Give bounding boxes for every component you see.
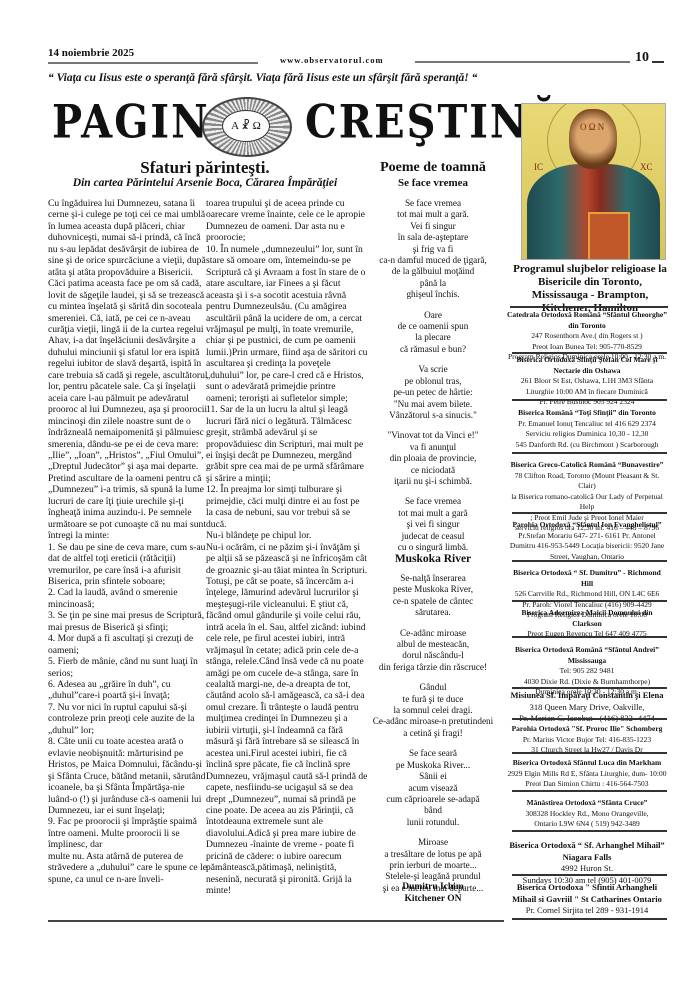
church-name: Biserica Ortodoxă “ Sf. Arhanghel Mihail… <box>509 840 664 862</box>
divider <box>512 752 667 754</box>
poem-stanza: Se face searăpe Muskoka River...Sânii ei… <box>362 748 504 828</box>
newspaper-page: 14 noiembrie 2025 www.observatorul.com 1… <box>0 0 700 993</box>
poem-muskoka-river: Se-nalţă înserareapeste Muskoka River,ce… <box>362 573 504 903</box>
church-detail: Ontario L9W 6N4 ( 519) 942-3489 <box>507 819 667 830</box>
church-name: Biserica Ortodoxă Română “Sfântul Andrei… <box>515 645 659 665</box>
divider <box>510 306 668 308</box>
divider <box>512 718 667 720</box>
header-rule-right <box>415 61 630 63</box>
church-name: Biserica Română “Toţi Sfinţii” din Toron… <box>518 408 656 417</box>
poem-line: peste Muskoka River, <box>362 584 504 595</box>
poem-line: din ploaia de provincie, <box>362 453 504 464</box>
page-number: 10 <box>635 50 649 66</box>
poem-line: lunii rotundul. <box>362 817 504 828</box>
church-name: Misiunea Sf. Împăraţi Constantin şi Elen… <box>510 690 663 700</box>
poem-line: a tresăltare de lotus pe apă <box>362 849 504 860</box>
poem-line: şi frig va fi <box>362 244 504 255</box>
list-item: 7. Nu vor nici în ruptul capului să-şi c… <box>48 702 208 736</box>
poem-line: Gândul <box>362 682 504 693</box>
list-item: 5. Fierb de mânie, când nu sunt luaţi în… <box>48 656 208 679</box>
poem-title: Se face vremea <box>362 177 504 189</box>
poem-line: cum căprioarele se-adapă <box>362 794 504 805</box>
author-name: Dumitru Ichim <box>362 882 504 894</box>
poem-stanza: Gândulte fură şi te ducela somnul celei … <box>362 682 504 739</box>
paragraph: Nu-i blândeţe pe chipul lor. <box>206 530 368 541</box>
church-detail: Pr. Marius Victor Bujor Tel: 416-835-122… <box>507 735 667 746</box>
church-detail: Tel: 905 282 9481 <box>507 666 667 677</box>
paragraph: Nu-i ocărâm, ci ne păzim şi-i învăţăm şi… <box>206 542 368 576</box>
church-detail: 526 Carrville Rd., Richmond Hill, ON L4C… <box>507 589 667 600</box>
page-number-dash <box>652 61 664 63</box>
poem-line: acum visează <box>362 783 504 794</box>
church-entry: Parohia Ortodoxă "Sf. Proroc Ilie" Schom… <box>507 724 667 756</box>
poem-se-face-vremea: Se face vremeatot mai mult a gară.Vei fi… <box>362 198 504 562</box>
poem-line: "Nu mai avem bilete. <box>362 399 504 410</box>
list-item: 9. Fac pe proorocii şi împrăştie spaimă … <box>48 816 208 850</box>
divider <box>512 636 667 638</box>
poem-line: cu o singură limbă. <box>362 542 504 553</box>
article-column-1: Cu îngăduirea lui Dumnezeu, satana îi ce… <box>48 198 208 885</box>
poem-line: Vei fi singur <box>362 221 504 232</box>
church-name: Biserica Ortodoxă Sfinţii Ştefan Cel Mar… <box>516 355 657 375</box>
poem-line: Se face vremea <box>362 496 504 507</box>
divider <box>512 560 667 562</box>
poem-line: până la <box>362 278 504 289</box>
list-item: 11. Sar de la un lucru la altul şi leagă… <box>206 404 368 484</box>
masthead: PAGINA A ☧ Ω CREŞTINĂ <box>50 95 500 145</box>
church-detail: Pr. Cornel Sirjita tel 289 - 931-1914 <box>507 905 667 917</box>
divider <box>512 830 667 832</box>
church-detail: Preot Ioan Bunea Tel: 905-770-8529 <box>507 342 667 353</box>
poem-line: la plecare <box>362 332 504 343</box>
list-item: 2. Cad la laudă, având o smerenie mincin… <box>48 587 208 610</box>
christ-pantocrator-icon-image: Ο Ω Ν IC XC <box>521 103 666 260</box>
poem-line: Ce-adânc miroase-n pretutindeni <box>362 716 504 727</box>
church-detail: Serviciu religios Duminica 10,30 - 12,30 <box>507 429 667 440</box>
church-name: Parohia Ortodoxă “Sfântul Ion Evanghelis… <box>512 520 661 529</box>
poem-line: Vânzătorul s-a sinucis." <box>362 410 504 421</box>
poem-line: albul de mesteacăn, <box>362 639 504 650</box>
poem-line: iţarii nu şi-i schimbă. <box>362 476 504 487</box>
poem-title: Muskoka River <box>362 553 504 565</box>
poem-stanza: Ce-adânc miroasealbul de mesteacăn,dorul… <box>362 628 504 674</box>
church-detail: 308328 Hockley Rd., Mono Orangeville, <box>507 809 667 820</box>
poem-line: pe-un petec de hârtie: <box>362 387 504 398</box>
header-quote: “ Viaţa cu Iisus este o speranţă fără sf… <box>48 72 477 84</box>
poem-line: tot mai mult a gară <box>362 508 504 519</box>
paragraph: Totuşi, pe cât se poate, să încercăm a-i… <box>206 576 368 897</box>
poem-line: Sânii ei <box>362 771 504 782</box>
church-entry: Biserica Ortodoxă “ Sf. Arhanghel Mihail… <box>507 840 667 886</box>
church-entry: Parohia Ortodoxă “Sfântul Ion Evanghelis… <box>507 520 667 562</box>
paragraph: toarea trupului şi de aceea prinde cu oa… <box>206 198 368 244</box>
poem-signature: Dumitru Ichim Kitchener ON <box>362 882 504 905</box>
poem-stanza: Oarede ce oamenii spunla plecarecă rămas… <box>362 310 504 356</box>
divider <box>512 399 667 401</box>
church-name: Biserica Greco-Catolică Română “Bunavest… <box>511 460 664 469</box>
poem-line: judecat de ceasul <box>362 531 504 542</box>
poem-line: Va scrie <box>362 364 504 375</box>
list-item: 12. În preajma lor simţi tulburare şi pr… <box>206 484 368 530</box>
church-detail: 247 Rosenthorn Ave.( din Rogers st ) <box>507 331 667 342</box>
poem-line: sărutarea. <box>362 607 504 618</box>
church-name: Catedrala Ortodoxă Română “Sfântul Gheor… <box>507 310 667 330</box>
poem-line: pe Muskoka River... <box>362 760 504 771</box>
poem-line: pe oblonul tras, <box>362 376 504 387</box>
church-name: Mânăstirea Ortodoxă “Sfânta Cruce” <box>527 798 648 807</box>
poem-line: că rămasul e bun? <box>362 344 504 355</box>
poem-line: dorul născându-l <box>362 650 504 661</box>
church-detail: la Biserica romano-catolică Our Lady of … <box>507 492 667 513</box>
poem-line: ca-n damful muced de ţigară, <box>362 255 504 266</box>
icon-label-left: IC <box>534 162 543 172</box>
issue-date: 14 noiembrie 2025 <box>48 47 134 59</box>
church-name: Biserica Ortodoxă Sfântul Luca din Markh… <box>513 758 662 767</box>
chi-rho-seal-icon: A ☧ Ω <box>202 97 292 157</box>
church-detail: 2929 Elgin Mills Rd E, Sfânta Liturghie,… <box>507 769 667 780</box>
poem-line: bând <box>362 805 504 816</box>
poem-line: ghişeul închis. <box>362 289 504 300</box>
church-name: Parohia Ortodoxă "Sf. Proroc Ilie" Schom… <box>512 724 663 733</box>
church-detail: Preot Dan Simion Chirtu : 416-564-7503 <box>507 779 667 790</box>
poem-line: Se-nalţă înserarea <box>362 573 504 584</box>
divider <box>512 790 667 792</box>
church-detail: 4030 Dixie Rd. (Dixie & Burnhamthorpe) <box>507 677 667 688</box>
church-entry: Biserica Română “Toţi Sfinţii” din Toron… <box>507 408 667 450</box>
church-detail: 78 Clifton Road, Toronto (Mount Pleasant… <box>507 471 667 492</box>
divider <box>512 687 667 689</box>
poem-line: Se face vremea <box>362 198 504 209</box>
church-detail: 545 Danforth Rd. (cu Birchmont ) Scarbor… <box>507 440 667 451</box>
church-entry: Biserica Ortodoxă Sfântul Luca din Markh… <box>507 758 667 790</box>
poem-line: şi vei fi singur <box>362 519 504 530</box>
list-item: 1. Se dau pe sine de ceva mare, cum s-au… <box>48 542 208 588</box>
church-name: Biserica Ortodoxă “ Sf. Dumitru” - Richm… <box>513 568 661 588</box>
divider <box>512 452 667 454</box>
poem-line: Ce-adânc miroase <box>362 628 504 639</box>
divider <box>512 600 667 602</box>
church-detail: 4992 Huron St. <box>507 863 667 875</box>
face-shape <box>569 109 617 169</box>
poem-line: la somnul celei dragi. <box>362 705 504 716</box>
list-item: 8. Câte unii cu toate acestea arată o ev… <box>48 736 208 816</box>
icon-label-top: Ο Ω Ν <box>580 122 604 132</box>
divider <box>512 874 667 876</box>
poems-section-title: Poeme de toamnă <box>362 160 504 176</box>
poem-line: Miroase <box>362 837 504 848</box>
list-item: 10. În numele „dumnezeului” lor, sunt în… <box>206 244 368 404</box>
list-item: 4. Mor după a fi ascultaţi şi crezuţi de… <box>48 633 208 656</box>
church-detail: 261 Bloor St Est, Oshawa, L1H 3M3 Sfânta… <box>507 376 667 397</box>
article-column-2: toarea trupului şi de aceea prinde cu oa… <box>206 198 368 897</box>
church-detail: 318 Queen Mary Drive, Oakville, <box>507 702 667 714</box>
divider <box>512 512 667 514</box>
poem-line: în sala de-aşteptare <box>362 232 504 243</box>
poem-line: din feriga târzie din răscruce! <box>362 662 504 673</box>
paragraph: Cu îngăduirea lui Dumnezeu, satana îi ce… <box>48 198 208 542</box>
poem-stanza: Se face vremeatot mai mult a gară.Vei fi… <box>362 198 504 301</box>
divider <box>512 352 667 354</box>
church-entry: Biserica Ortodoxa " Sfintii Arhangheli M… <box>507 882 667 917</box>
poem-line: prin ierburi de moarte... <box>362 860 504 871</box>
poem-stanza: "Vinovat tot da Vinci e!"va fi anunţuldi… <box>362 430 504 487</box>
divider <box>512 918 667 920</box>
poem-line: a cetină şi fragi! <box>362 728 504 739</box>
poem-line: de la gălbuiul moţăind <box>362 266 504 277</box>
paragraph: multe nu. Asta atârnă de puterea de stră… <box>48 851 208 885</box>
bottom-rule <box>48 920 504 922</box>
header-rule-left <box>48 62 258 64</box>
poem-line: te fură şi te duce <box>362 694 504 705</box>
poem-line: "Vinovat tot da Vinci e!" <box>362 430 504 441</box>
poem-stanza: Se-nalţă înserareapeste Muskoka River,ce… <box>362 573 504 619</box>
article-subtitle: Din cartea Părintelui Arsenie Boca, Căra… <box>40 177 370 189</box>
church-name: Biserica Ortodoxa " Sfintii Arhangheli M… <box>512 882 662 904</box>
list-item: 3. Se ţin pe sine mai presus de Scriptur… <box>48 610 208 633</box>
poem-line: de ce oamenii spun <box>362 321 504 332</box>
church-detail: Pr.Stefan Morariu 647- 271- 6161 Pr. Ant… <box>507 531 667 563</box>
list-item: 6. Adesea au „grăire în duh”, cu „duhul”… <box>48 679 208 702</box>
poem-line: Se face seară <box>362 748 504 759</box>
author-location: Kitchener ON <box>362 894 504 906</box>
poem-line: va fi anunţul <box>362 442 504 453</box>
church-entry: Mânăstirea Ortodoxă “Sfânta Cruce”308328… <box>507 798 667 830</box>
poem-stanza: Va scriepe oblonul tras,pe-un petec de h… <box>362 364 504 421</box>
seal-text: A ☧ Ω <box>222 110 270 142</box>
poem-line: tot mai mult a gară. <box>362 209 504 220</box>
poem-line: ce niciodată <box>362 465 504 476</box>
church-detail: 31 Church Street la Hw27 / Davis Dr <box>507 745 667 756</box>
poem-stanza: Se face vremeatot mai mult a garăşi vei … <box>362 496 504 553</box>
poem-line: ce-n spatele de cântec <box>362 596 504 607</box>
church-detail: Preot Eugen Revencu Tel 647 409 4775 <box>507 629 667 640</box>
article-title: Sfaturi părinteşti. <box>40 158 370 178</box>
poem-line: Oare <box>362 310 504 321</box>
church-detail: Pr. Emanuel Ionuţ Tencaliuc tel 416 629 … <box>507 419 667 430</box>
church-name: Biserica Adormirea Maicii Domnului din C… <box>521 608 652 628</box>
church-entry: Biserica Adormirea Maicii Domnului din C… <box>507 608 667 640</box>
site-url[interactable]: www.observatorul.com <box>280 55 384 65</box>
gospel-book-icon <box>588 212 630 260</box>
icon-label-right: XC <box>640 162 653 172</box>
